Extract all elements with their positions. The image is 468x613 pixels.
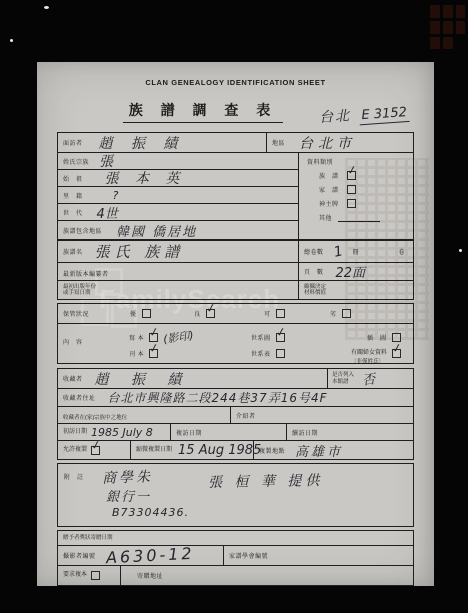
- women-data-label: 有關婦女資料: [351, 350, 387, 357]
- category-tablet-label: 神主牌: [319, 199, 339, 208]
- holder-value: 趙 振 績: [95, 369, 191, 389]
- first-visit-label: 初訪日期: [63, 429, 87, 436]
- remarks-line2: 銀行一: [106, 486, 151, 505]
- category-zupu-label: 族 譜: [319, 171, 339, 180]
- title-underline: [123, 122, 283, 123]
- women-data-note: 〔非僅姓氏〕: [351, 359, 401, 366]
- award-date-label: 贈予者獎狀寄贈日期: [58, 535, 113, 542]
- micro-copy-date-label: 縮微複製日期: [136, 447, 172, 454]
- content-label: 內 容: [58, 337, 129, 346]
- stamp-artifact: [428, 3, 466, 61]
- copy-place-label: 複製地點: [259, 446, 285, 455]
- manuscript-label: 寫 本: [129, 333, 144, 342]
- cell-interviewer: 面訪者 趙 振 績: [58, 133, 266, 153]
- volumes-unit-juan: 卷: [398, 247, 405, 256]
- remarks-line3: B73304436.: [112, 506, 189, 519]
- copy-place-value: 高雄市: [295, 441, 343, 460]
- category-other-label: 其他: [319, 213, 332, 222]
- block-identity: 面訪者 趙 振 績 地區 台北市 姓氏宗族 張 始 祖 張 本 英 里 籍: [57, 132, 414, 240]
- illustrations-label: 插 圖: [367, 333, 387, 342]
- request-copy-label: 要求複本: [63, 572, 87, 579]
- permission-checkbox: ✓: [91, 446, 100, 455]
- area-value: 台北市: [299, 133, 356, 153]
- genealogy-title-value: 張氏 族譜: [95, 241, 185, 262]
- native-place-value: ?: [113, 189, 119, 202]
- publication-label-line2: 或手寫日期: [63, 290, 298, 297]
- volumes-unit-ce: 冊: [352, 247, 359, 256]
- photographer-number-label: 攝影者編號: [63, 551, 96, 560]
- area-label: 地區: [272, 138, 285, 147]
- genealogy-form-sheet: FamilySearch CLAN GENEALOGY IDENTIFICATI…: [37, 62, 434, 586]
- holder-position-label: 收藏者在(家)宗族中之地位: [63, 415, 127, 421]
- remarks-line1: 商學朱: [102, 466, 154, 488]
- grade-good-label: 良: [194, 309, 201, 318]
- compiler-label: 最新版本編纂者: [63, 272, 109, 278]
- listed-label-line2: 本館譜: [332, 379, 354, 386]
- remarks-label: 附 註: [64, 472, 84, 481]
- category-jiapu-label: 家 譜: [319, 185, 339, 194]
- micro-copy-date-value: 15 Aug 1985: [178, 443, 261, 458]
- block-holder-info: 收藏者 趙 振 績 是否列入 本館譜 否 收藏者住址 台北市興隆路二段244巷3…: [57, 368, 414, 460]
- category-tablet-checkbox: [347, 199, 356, 208]
- generations-value: 4世: [97, 203, 118, 222]
- covered-area-value: 韓國 僑居地: [116, 221, 197, 240]
- printed-edition-checkbox: ✓: [149, 349, 158, 358]
- photocopy-note: (影印): [162, 327, 195, 347]
- block-genealogy-info: 族譜名 張氏 族譜 總卷數 1 冊 卷 最新版本編纂者 頁 數 22面 最初出版…: [57, 240, 414, 300]
- pedigree-chart-label: 世系圖: [251, 333, 271, 342]
- category-zupu-checkbox: ✓: [347, 171, 356, 180]
- grade-excellent-checkbox: [142, 309, 151, 318]
- category-jiapu-checkbox: [347, 185, 356, 194]
- dust-speck: [44, 6, 49, 9]
- printed-edition-label: 刊 本: [129, 349, 144, 358]
- remarks-provider: 張 桓 華 提供: [208, 470, 324, 492]
- surname-label: 姓氏宗族: [58, 157, 89, 166]
- volumes-label: 總卷數: [304, 247, 324, 256]
- dust-speck: [459, 249, 462, 252]
- material-category-panel: 資料類別 族 譜 ✓ 家 譜 神主牌 其他: [298, 153, 413, 239]
- native-place-label: 里 籍: [58, 191, 83, 200]
- block-remarks: 附 註 商學朱 張 桓 華 提供 銀行一 B73304436.: [57, 463, 414, 527]
- genealogy-title-label: 族譜名: [63, 247, 83, 256]
- micro-decision-label-line2: 材料價值: [304, 290, 413, 297]
- file-number-handwriting: E 3152: [359, 105, 410, 125]
- holder-address-label: 收藏者住址: [58, 393, 96, 402]
- dust-speck: [10, 39, 13, 42]
- photographer-number-value: A630-12: [105, 544, 194, 568]
- chinese-title: 族 譜 調 查 表: [123, 100, 283, 123]
- pages-label: 頁 數: [304, 267, 324, 276]
- introducer-label: 介紹者: [236, 411, 256, 420]
- pedigree-table-label: 世系表: [251, 349, 271, 358]
- grade-fair-label: 可: [264, 309, 271, 318]
- first-ancestor-value: 張 本 英: [105, 168, 186, 188]
- generations-label: 世 代: [58, 208, 83, 217]
- holder-address-value: 台北市興隆路二段244巷37弄16号4F: [108, 389, 328, 406]
- pedigree-table-checkbox: [276, 349, 285, 358]
- category-title: 資料類別: [307, 157, 413, 166]
- interviewer-label: 面訪者: [63, 138, 83, 147]
- chinese-title-text: 族 譜 調 查 表: [129, 102, 278, 118]
- listed-label-line1: 是否列入: [332, 372, 354, 379]
- grade-poor-checkbox: [342, 309, 351, 318]
- mailing-address-label: 寄贈地址: [137, 571, 163, 580]
- first-visit-value: 1985 July 8: [91, 426, 153, 439]
- request-copy-checkbox: [91, 571, 100, 580]
- second-visit-label: 複訪日期: [176, 428, 202, 437]
- grade-good-checkbox: ✓: [206, 309, 215, 318]
- block-office-use: 贈予者獎狀寄贈日期 攝影者編號 A630-12 家譜學會編號 要求複本 寄贈地址: [57, 530, 414, 586]
- grade-excellent-label: 優: [130, 309, 137, 318]
- holder-label: 收藏者: [63, 374, 83, 383]
- listed-value: 否: [361, 368, 377, 389]
- grade-poor-label: 劣: [330, 309, 337, 318]
- women-data-checkbox: ✓: [392, 349, 401, 358]
- region-file-number: 台北 E 3152: [318, 101, 409, 127]
- grade-fair-checkbox: [276, 309, 285, 318]
- region-handwriting: 台北: [319, 108, 352, 126]
- condition-label: 保管狀況: [58, 309, 129, 318]
- english-title: CLAN GENEALOGY IDENTIFICATION SHEET: [37, 78, 434, 87]
- followup-visit-label: 續訪日期: [292, 428, 318, 437]
- pages-value: 22面: [336, 262, 366, 281]
- permission-label: 允許複製: [63, 447, 87, 454]
- cell-area: 地區 台北市: [266, 133, 413, 152]
- block-condition-content: 保管狀況 優 良 ✓ 可 劣 內 容 寫 本: [57, 303, 414, 364]
- society-number-label: 家譜學會編號: [229, 551, 268, 560]
- interviewer-value: 趙 振 績: [99, 133, 185, 153]
- category-other-line: [338, 214, 380, 222]
- pedigree-chart-checkbox: ✓: [276, 333, 285, 342]
- covered-area-label: 族譜包含地區: [58, 226, 102, 235]
- volumes-value: 1: [332, 243, 344, 261]
- first-ancestor-label: 始 祖: [58, 174, 83, 183]
